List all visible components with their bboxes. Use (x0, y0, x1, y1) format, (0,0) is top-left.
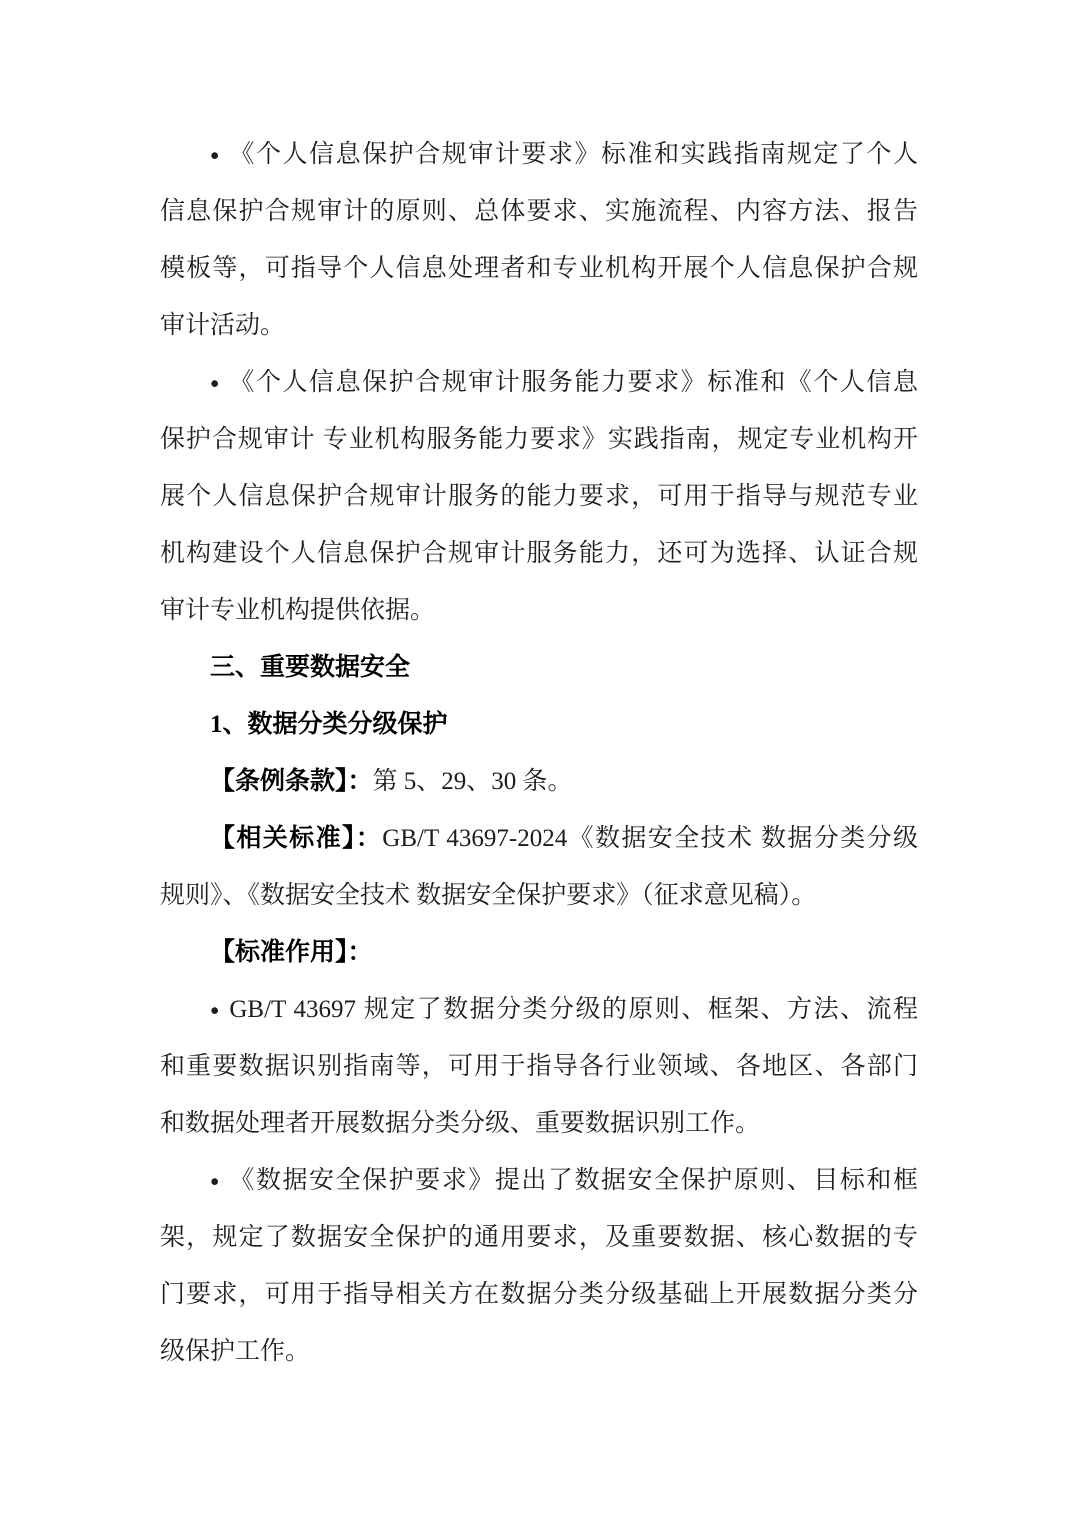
subsection-heading-data-classification: 1、数据分类分级保护 (160, 696, 918, 753)
text-line: 审计专业机构提供依据。 (160, 582, 918, 639)
line-text: 《个人信息保护合规审计服务能力要求》标准和《个人信息 (229, 369, 918, 396)
line-text: 第 5、29、30 条。 (373, 768, 573, 795)
paragraph-gbt43697: ●GB/T 43697 规定了数据分类分级的原则、框架、方法、流程 和重要数据识… (160, 981, 918, 1152)
paragraph-audit-requirements: ●《个人信息保护合规审计要求》标准和实践指南规定了个人 信息保护合规审计的原则、… (160, 126, 918, 354)
text-line: 和数据处理者开展数据分类分级、重要数据识别工作。 (160, 1095, 918, 1152)
bullet-icon: ● (210, 1173, 221, 1190)
text-line: 信息保护合规审计的原则、总体要求、实施流程、内容方法、报告 (160, 183, 918, 240)
label-regulation-clauses: 【条例条款】： (210, 768, 373, 795)
text-line: 展个人信息保护合规审计服务的能力要求，可用于指导与规范专业 (160, 468, 918, 525)
text-line: ●GB/T 43697 规定了数据分类分级的原则、框架、方法、流程 (160, 981, 918, 1038)
line-text: GB/T 43697 规定了数据分类分级的原则、框架、方法、流程 (229, 996, 918, 1023)
text-line: 审计活动。 (160, 297, 918, 354)
paragraph-standard-function: 【标准作用】： (160, 924, 918, 981)
label-related-standards: 【相关标准】： (210, 825, 382, 852)
text-line: ●《个人信息保护合规审计服务能力要求》标准和《个人信息 (160, 354, 918, 411)
text-line: 模板等，可指导个人信息处理者和专业机构开展个人信息保护合规 (160, 240, 918, 297)
text-line: 保护合规审计 专业机构服务能力要求》实践指南，规定专业机构开 (160, 411, 918, 468)
text-line: 和重要数据识别指南等，可用于指导各行业领域、各地区、各部门 (160, 1038, 918, 1095)
text-line: 【相关标准】：GB/T 43697-2024《数据安全技术 数据分类分级 (160, 810, 918, 867)
paragraph-data-security-protection: ●《数据安全保护要求》提出了数据安全保护原则、目标和框 架，规定了数据安全保护的… (160, 1152, 918, 1380)
text-line: 规则》、《数据安全技术 数据安全保护要求》（征求意见稿）。 (160, 867, 918, 924)
paragraph-audit-service-capability: ●《个人信息保护合规审计服务能力要求》标准和《个人信息 保护合规审计 专业机构服… (160, 354, 918, 639)
text-line: 门要求，可用于指导相关方在数据分类分级基础上开展数据分类分 (160, 1266, 918, 1323)
document-page: ●《个人信息保护合规审计要求》标准和实践指南规定了个人 信息保护合规审计的原则、… (0, 0, 1080, 1527)
line-text: 《数据安全保护要求》提出了数据安全保护原则、目标和框 (229, 1167, 918, 1194)
bullet-icon: ● (210, 1002, 221, 1019)
text-line: ●《个人信息保护合规审计要求》标准和实践指南规定了个人 (160, 126, 918, 183)
text-line: 机构建设个人信息保护合规审计服务能力，还可为选择、认证合规 (160, 525, 918, 582)
label-standard-function: 【标准作用】： (210, 939, 373, 966)
paragraph-related-standards: 【相关标准】：GB/T 43697-2024《数据安全技术 数据分类分级 规则》… (160, 810, 918, 924)
text-line: ●《数据安全保护要求》提出了数据安全保护原则、目标和框 (160, 1152, 918, 1209)
section-heading-important-data-security: 三、重要数据安全 (160, 639, 918, 696)
document-body: ●《个人信息保护合规审计要求》标准和实践指南规定了个人 信息保护合规审计的原则、… (0, 0, 1080, 1380)
text-line: 级保护工作。 (160, 1323, 918, 1380)
line-text: GB/T 43697-2024《数据安全技术 数据分类分级 (382, 825, 918, 852)
line-text: 《个人信息保护合规审计要求》标准和实践指南规定了个人 (229, 141, 918, 168)
text-line: 架，规定了数据安全保护的通用要求，及重要数据、核心数据的专 (160, 1209, 918, 1266)
bullet-icon: ● (210, 375, 221, 392)
bullet-icon: ● (210, 147, 221, 164)
paragraph-regulation-clauses: 【条例条款】：第 5、29、30 条。 (160, 753, 918, 810)
